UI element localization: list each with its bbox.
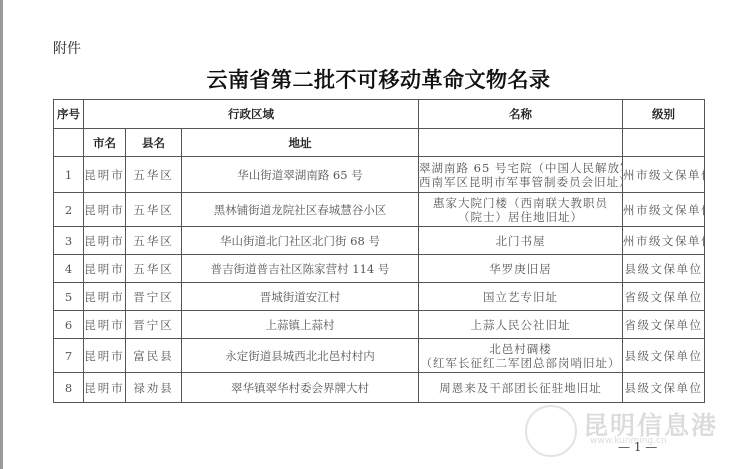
attachment-label: 附件 — [53, 38, 81, 58]
row-county: 晋宁区 — [126, 311, 182, 339]
row-city: 昆明市 — [84, 283, 126, 311]
row-index: 5 — [54, 283, 84, 311]
watermark-logo-icon — [525, 405, 577, 457]
row-county: 五华区 — [126, 255, 182, 283]
heritage-list-table: 序号 行政区域 名称 级别 市名 县名 地址 1 昆明市 五华区 华山街道翠湖南… — [53, 99, 705, 403]
row-address: 华山街道翠湖南路 65 号 — [182, 157, 419, 193]
header-index-blank — [54, 129, 84, 157]
row-name-line: 惠家大院门楼（西南联大教职员 — [419, 196, 622, 210]
table-row: 1 昆明市 五华区 华山街道翠湖南路 65 号 翠湖南路 65 号宅院（中国人民… — [54, 157, 705, 193]
row-name: 北门书屋 — [419, 227, 623, 255]
row-index: 1 — [54, 157, 84, 193]
row-name-line: 翠湖南路 65 号宅院（中国人民解放军 — [419, 161, 622, 175]
table-header-row-2: 市名 县名 地址 — [54, 129, 705, 157]
row-index: 2 — [54, 193, 84, 227]
header-name: 名称 — [419, 100, 623, 129]
row-name: 北邑村碉楼 （红军长征红二军团总部岗哨旧址） — [419, 339, 623, 373]
row-level: 县级文保单位 — [623, 255, 705, 283]
row-name: 翠湖南路 65 号宅院（中国人民解放军 西南军区昆明市军事管制委员会旧址） — [419, 157, 623, 193]
row-county: 五华区 — [126, 227, 182, 255]
row-name-line: （院士）居住地旧址） — [419, 210, 622, 224]
row-level: 县级文保单位 — [623, 373, 705, 403]
row-index: 8 — [54, 373, 84, 403]
row-name-line: （红军长征红二军团总部岗哨旧址） — [419, 356, 622, 370]
row-level: 州市级文保单位 — [623, 157, 705, 193]
header-name-blank — [419, 129, 623, 157]
row-city: 昆明市 — [84, 255, 126, 283]
row-address: 普吉街道普吉社区陈家营村 114 号 — [182, 255, 419, 283]
row-name: 周恩来及干部团长征驻地旧址 — [419, 373, 623, 403]
row-level: 州市级文保单位 — [623, 193, 705, 227]
row-city: 昆明市 — [84, 227, 126, 255]
row-name: 华罗庚旧居 — [419, 255, 623, 283]
row-level: 省级文保单位 — [623, 283, 705, 311]
header-index: 序号 — [54, 100, 84, 129]
row-address: 晋城街道安江村 — [182, 283, 419, 311]
row-index: 3 — [54, 227, 84, 255]
row-address: 上蒜镇上蒜村 — [182, 311, 419, 339]
row-name: 惠家大院门楼（西南联大教职员 （院士）居住地旧址） — [419, 193, 623, 227]
row-city: 昆明市 — [84, 157, 126, 193]
row-name: 国立艺专旧址 — [419, 283, 623, 311]
page-number: — 1 — — [618, 440, 657, 454]
header-admin-region: 行政区域 — [84, 100, 419, 129]
header-address: 地址 — [182, 129, 419, 157]
row-name-line: 西南军区昆明市军事管制委员会旧址） — [419, 175, 622, 189]
row-county: 五华区 — [126, 193, 182, 227]
row-address: 永定街道县城西北北邑村村内 — [182, 339, 419, 373]
table-row: 3 昆明市 五华区 华山街道北门社区北门街 68 号 北门书屋 州市级文保单位 — [54, 227, 705, 255]
row-level: 县级文保单位 — [623, 339, 705, 373]
row-city: 昆明市 — [84, 339, 126, 373]
row-city: 昆明市 — [84, 311, 126, 339]
table-header-row-1: 序号 行政区域 名称 级别 — [54, 100, 705, 129]
table-row: 6 昆明市 晋宁区 上蒜镇上蒜村 上蒜人民公社旧址 省级文保单位 — [54, 311, 705, 339]
document-title: 云南省第二批不可移动革命文物名录 — [0, 64, 749, 94]
row-city: 昆明市 — [84, 193, 126, 227]
row-level: 省级文保单位 — [623, 311, 705, 339]
row-address: 翠华镇翠华村委会界牌大村 — [182, 373, 419, 403]
row-county: 禄劝县 — [126, 373, 182, 403]
row-county: 晋宁区 — [126, 283, 182, 311]
row-county: 富民县 — [126, 339, 182, 373]
header-level-blank — [623, 129, 705, 157]
row-address: 华山街道北门社区北门街 68 号 — [182, 227, 419, 255]
row-name-line: 北邑村碉楼 — [419, 342, 622, 356]
row-address: 黑林铺街道龙院社区春城慧谷小区 — [182, 193, 419, 227]
table-row: 5 昆明市 晋宁区 晋城街道安江村 国立艺专旧址 省级文保单位 — [54, 283, 705, 311]
table-row: 2 昆明市 五华区 黑林铺街道龙院社区春城慧谷小区 惠家大院门楼（西南联大教职员… — [54, 193, 705, 227]
table-row: 8 昆明市 禄劝县 翠华镇翠华村委会界牌大村 周恩来及干部团长征驻地旧址 县级文… — [54, 373, 705, 403]
row-index: 4 — [54, 255, 84, 283]
row-name: 上蒜人民公社旧址 — [419, 311, 623, 339]
row-level: 州市级文保单位 — [623, 227, 705, 255]
header-level: 级别 — [623, 100, 705, 129]
watermark-text: 昆明信息港 — [583, 406, 718, 442]
row-index: 7 — [54, 339, 84, 373]
row-city: 昆明市 — [84, 373, 126, 403]
row-index: 6 — [54, 311, 84, 339]
row-county: 五华区 — [126, 157, 182, 193]
table-row: 7 昆明市 富民县 永定街道县城西北北邑村村内 北邑村碉楼 （红军长征红二军团总… — [54, 339, 705, 373]
header-city: 市名 — [84, 129, 126, 157]
table-row: 4 昆明市 五华区 普吉街道普吉社区陈家营村 114 号 华罗庚旧居 县级文保单… — [54, 255, 705, 283]
header-county: 县名 — [126, 129, 182, 157]
